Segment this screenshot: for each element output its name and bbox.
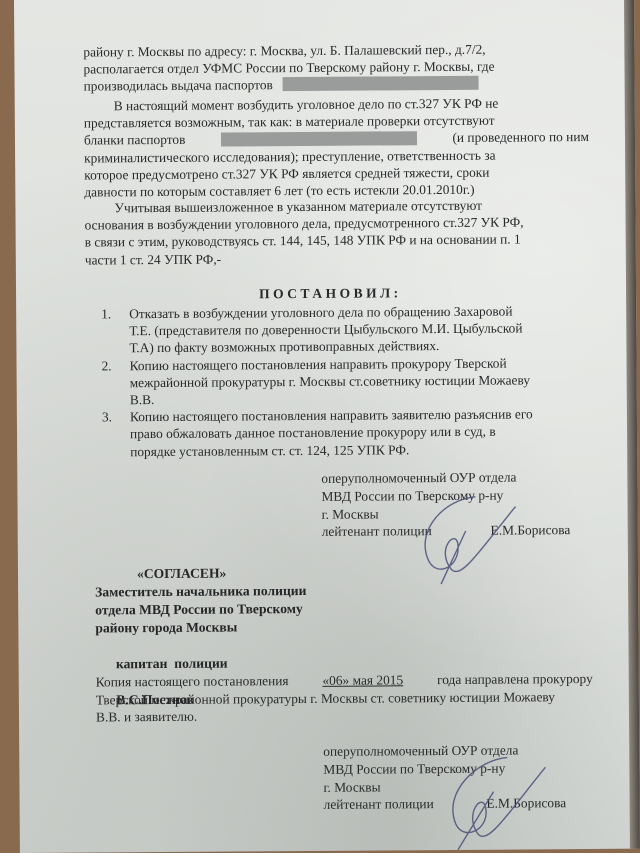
text-line: производилась выдача паспортов	[84, 74, 589, 95]
text-line: порядке установленным ст. ст. 124, 125 У…	[130, 440, 594, 460]
text-fragment: (и проведенного по ним	[452, 128, 589, 146]
signer-rank: лейтенант полиции	[324, 796, 434, 812]
paragraph-reason: В настоящий момент возбудить уголовное д…	[84, 94, 590, 201]
list-item: 3. Копию настоящего постановления направ…	[102, 405, 594, 460]
signer-department: МВД России по Тверскому р-ну	[321, 486, 570, 506]
signature-block-officer-2: оперуполномоченный ОУР отдела МВД России…	[323, 741, 566, 814]
list-item: 2. Копию настоящего постановления направ…	[101, 354, 593, 409]
paragraph-considering: Учитывая вышеизложенное в указанном мате…	[84, 196, 589, 268]
signer-position: оперуполномоченный ОУР отдела	[323, 741, 566, 760]
list-item-number: 2.	[101, 357, 111, 374]
list-item: 1. Отказать в возбуждении уголовного дел…	[101, 302, 593, 357]
signer-department: МВД России по Тверскому р-ну	[323, 759, 566, 778]
page-edge-shadow	[624, 0, 640, 849]
list-item-number: 1.	[101, 305, 111, 322]
text-line: межрайонной прокуратуры г. Москвы ст.сов…	[130, 371, 594, 391]
signer-rank-name: лейтенант полиции Е.М.Борисова	[322, 522, 571, 542]
redaction-box	[282, 76, 478, 91]
signature-block-officer: оперуполномоченный ОУР отдела МВД России…	[321, 468, 570, 541]
signer-city: г. Москвы	[322, 504, 571, 524]
resolution-list: 1. Отказать в возбуждении уголовного дел…	[101, 302, 594, 460]
text-line: в связи с этим, руководствуясь ст. 144, …	[85, 230, 590, 251]
approver-rank: капитан полиции	[116, 656, 228, 672]
approver-district: району города Москвы	[95, 618, 306, 637]
signer-rank-name: лейтенант полиции Е.М.Борисова	[324, 795, 567, 814]
text-line: В.В. и заявителю.	[96, 705, 593, 726]
signer-city: г. Москвы	[323, 777, 566, 796]
text-fragment: бланки паспортов	[84, 131, 186, 149]
signer-rank: лейтенант полиции	[322, 523, 432, 539]
list-item-number: 3.	[102, 409, 112, 426]
text-fragment: года направлена прокурору	[437, 670, 593, 689]
resolution-heading: ПОСТАНОВИЛ:	[259, 285, 402, 302]
paragraph-address: району г. Москвы по адресу: г. Москва, у…	[83, 40, 588, 95]
text-line: бланки паспортов (и проведенного по ним	[84, 128, 589, 149]
text-line: части 1 ст. 24 УПК РФ,-	[85, 248, 590, 269]
document-page: району г. Москвы по адресу: г. Москва, у…	[14, 0, 640, 853]
signer-name: Е.М.Борисова	[490, 523, 570, 539]
approver-department: отдела МВД России по Тверскому	[95, 600, 306, 619]
copy-date: «06» мая 2015	[322, 671, 403, 689]
signer-name: Е.М.Борисова	[486, 796, 566, 812]
text-fragment: производилась выдача паспортов	[84, 78, 273, 94]
text-fragment: Копия настоящего постановления	[96, 672, 289, 691]
signer-position: оперуполномоченный ОУР отдела	[321, 468, 570, 488]
approver-position: Заместитель начальника полиции	[95, 582, 306, 601]
text-line: Тверской межрайонной прокуратуры г. Моск…	[96, 688, 593, 709]
redaction-box	[221, 131, 417, 146]
approval-title: «СОГЛАСЕН»	[95, 564, 306, 583]
copy-distribution-note: Копия настоящего постановления «06» мая …	[96, 670, 593, 726]
